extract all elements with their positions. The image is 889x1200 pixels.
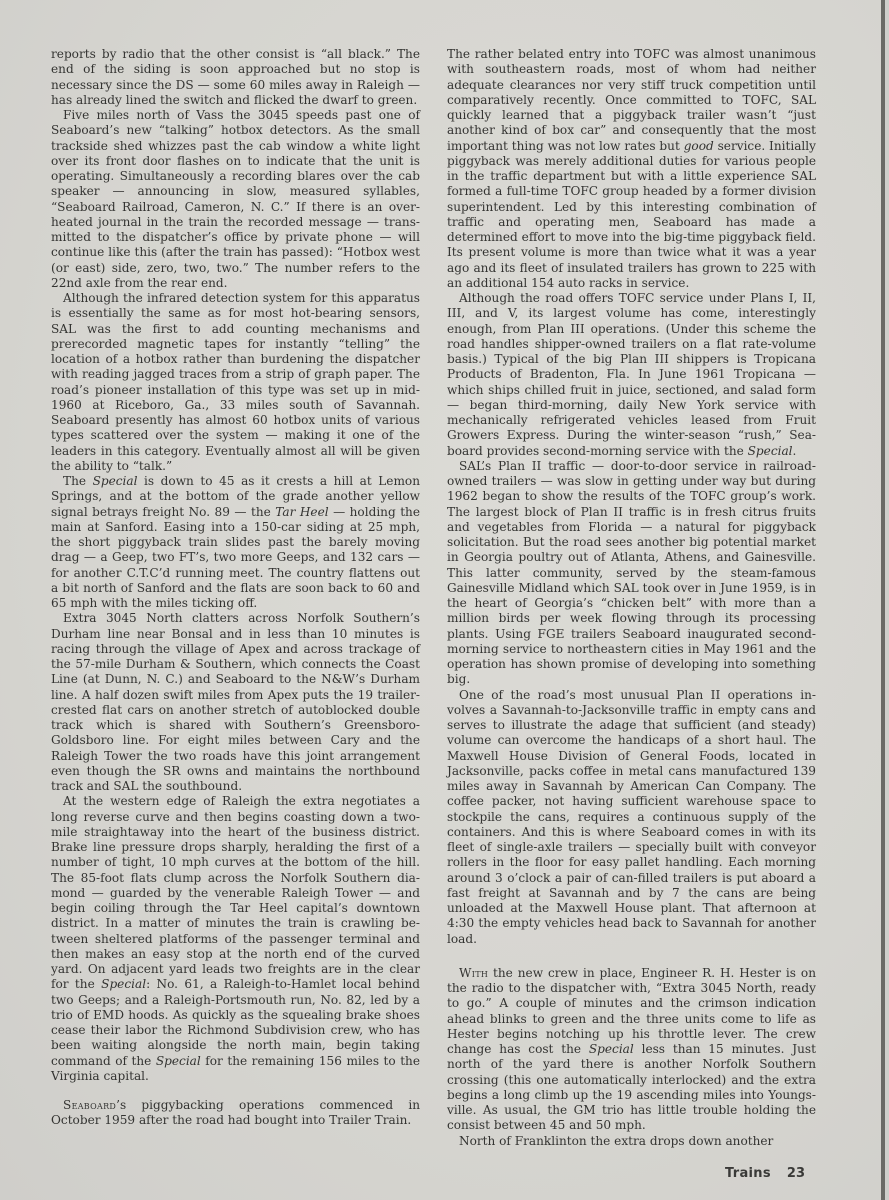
- magazine-name: Trains: [725, 1166, 771, 1181]
- italic-text: Special: [589, 1042, 634, 1056]
- text-run: — holding the main at Sanford. Easing in…: [51, 505, 420, 611]
- text-run: The: [63, 474, 93, 488]
- page-footer: Trains 23: [725, 1166, 805, 1181]
- page-edge-shadow: [881, 0, 885, 1200]
- text-run: .: [793, 444, 797, 458]
- paragraph: With the new crew in place, Engineer R. …: [447, 966, 816, 1134]
- paragraph: Extra 3045 North clatters across Norfolk…: [51, 611, 420, 794]
- italic-text: Special: [101, 977, 146, 991]
- right-column: The rather belated entry into TOFC was a…: [447, 47, 816, 1149]
- paragraph: Seaboard’s piggybacking operations comme…: [51, 1098, 420, 1129]
- paragraph: The Special is down to 45 as it crests a…: [51, 474, 420, 611]
- text-run: North of Franklinton the extra drops dow…: [459, 1134, 773, 1148]
- text-run: reports by radio that the other consist …: [51, 47, 420, 107]
- magazine-page: reports by radio that the other consist …: [0, 0, 885, 1200]
- small-caps-lead: With: [459, 966, 488, 980]
- left-column: reports by radio that the other consist …: [51, 47, 420, 1129]
- paragraph: SAL’s Plan II traffic — door-to-door ser…: [447, 459, 816, 688]
- italic-text: Tar Heel: [275, 505, 328, 519]
- text-run: One of the road’s most unusual Plan II o…: [447, 688, 816, 946]
- paragraph: Although the infrared detection system f…: [51, 291, 420, 474]
- paragraph: Although the road offers TOFC service un…: [447, 291, 816, 459]
- italic-text: Special: [748, 444, 793, 458]
- paragraph: reports by radio that the other consist …: [51, 47, 420, 108]
- italic-text: Special: [93, 474, 138, 488]
- text-run: Extra 3045 North clatters across Norfolk…: [51, 611, 420, 793]
- paragraph: North of Franklinton the extra drops dow…: [447, 1134, 816, 1149]
- paragraph: The rather belated entry into TOFC was a…: [447, 47, 816, 291]
- text-run: The rather belated entry into TOFC was a…: [447, 47, 816, 153]
- text-run: Although the infrared detection system f…: [51, 291, 420, 473]
- text-run: At the western edge of Raleigh the extra…: [51, 794, 420, 991]
- paragraph: One of the road’s most unusual Plan II o…: [447, 688, 816, 947]
- text-run: Five miles north of Vass the 3045 speeds…: [51, 108, 420, 290]
- text-run: service. Initial­ly piggyback was merely…: [447, 139, 816, 290]
- page-number: 23: [787, 1166, 805, 1181]
- italic-text: good: [684, 139, 714, 153]
- paragraph: At the western edge of Raleigh the extra…: [51, 794, 420, 1084]
- paragraph: Five miles north of Vass the 3045 speeds…: [51, 108, 420, 291]
- italic-text: Special: [156, 1054, 201, 1068]
- small-caps-lead: Seaboard: [63, 1098, 116, 1112]
- text-run: SAL’s Plan II traffic — door-to-door ser…: [447, 459, 816, 687]
- text-run: Although the road offers TOFC service un…: [447, 291, 816, 458]
